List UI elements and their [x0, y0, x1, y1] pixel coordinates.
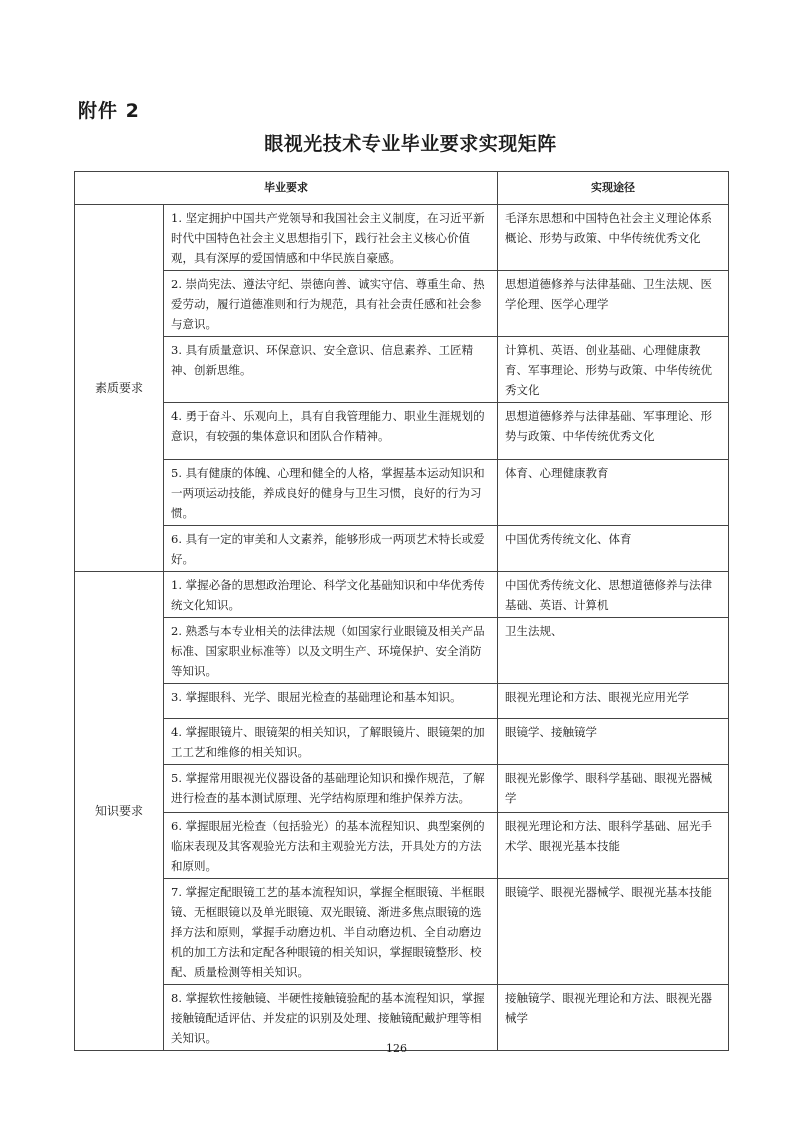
pathway-cell: 体育、心理健康教育: [498, 460, 729, 526]
category-quality: 素质要求: [75, 205, 164, 572]
table-row: 素质要求 1. 坚定拥护中国共产党领导和我国社会主义制度，在习近平新时代中国特色…: [75, 205, 729, 271]
pathway-cell: 计算机、英语、创业基础、心理健康教育、军事理论、形势与政策、中华传统优秀文化: [498, 337, 729, 403]
requirement-cell: 6. 掌握眼屈光检查（包括验光）的基本流程知识、典型案例的临床表现及其客观验光方…: [164, 813, 498, 879]
page-number: 126: [0, 1042, 793, 1055]
table-row: 知识要求 1. 掌握必备的思想政治理论、科学文化基础知识和中华优秀传统文化知识。…: [75, 572, 729, 618]
header-requirement: 毕业要求: [75, 172, 498, 205]
requirement-cell: 5. 掌握常用眼视光仪器设备的基础理论知识和操作规范，了解进行检查的基本测试原理…: [164, 765, 498, 813]
table-row: 5. 掌握常用眼视光仪器设备的基础理论知识和操作规范，了解进行检查的基本测试原理…: [75, 765, 729, 813]
pathway-cell: 眼镜学、眼视光器械学、眼视光基本技能: [498, 879, 729, 985]
annex-label: 附件 2: [78, 96, 140, 123]
pathway-cell: 眼镜学、接触镜学: [498, 719, 729, 765]
header-pathway: 实现途径: [498, 172, 729, 205]
pathway-cell: 中国优秀传统文化、体育: [498, 526, 729, 572]
requirement-cell: 4. 掌握眼镜片、眼镜架的相关知识，了解眼镜片、眼镜架的加工工艺和维修的相关知识…: [164, 719, 498, 765]
pathway-cell: 中国优秀传统文化、思想道德修养与法律基础、英语、计算机: [498, 572, 729, 618]
document-title: 眼视光技术专业毕业要求实现矩阵: [0, 129, 793, 156]
table-row: 8. 掌握软性接触镜、半硬性接触镜验配的基本流程知识，掌握接触镜配适评估、并发症…: [75, 985, 729, 1051]
pathway-cell: 接触镜学、眼视光理论和方法、眼视光器械学: [498, 985, 729, 1051]
table-row: 6. 掌握眼屈光检查（包括验光）的基本流程知识、典型案例的临床表现及其客观验光方…: [75, 813, 729, 879]
table-row: 2. 熟悉与本专业相关的法律法规（如国家行业眼镜及相关产品标准、国家职业标准等）…: [75, 618, 729, 684]
graduation-requirements-matrix: 毕业要求 实现途径 素质要求 1. 坚定拥护中国共产党领导和我国社会主义制度，在…: [74, 171, 729, 1051]
requirement-cell: 3. 具有质量意识、环保意识、安全意识、信息素养、工匠精神、创新思维。: [164, 337, 498, 403]
pathway-cell: 毛泽东思想和中国特色社会主义理论体系概论、形势与政策、中华传统优秀文化: [498, 205, 729, 271]
pathway-cell: 眼视光理论和方法、眼科学基础、屈光手术学、眼视光基本技能: [498, 813, 729, 879]
table-row: 3. 具有质量意识、环保意识、安全意识、信息素养、工匠精神、创新思维。 计算机、…: [75, 337, 729, 403]
requirement-cell: 2. 崇尚宪法、遵法守纪、崇德向善、诚实守信、尊重生命、热爱劳动，履行道德准则和…: [164, 271, 498, 337]
table-row: 6. 具有一定的审美和人文素养，能够形成一两项艺术特长或爱好。 中国优秀传统文化…: [75, 526, 729, 572]
requirement-cell: 1. 掌握必备的思想政治理论、科学文化基础知识和中华优秀传统文化知识。: [164, 572, 498, 618]
pathway-cell: 眼视光影像学、眼科学基础、眼视光器械学: [498, 765, 729, 813]
table-header-row: 毕业要求 实现途径: [75, 172, 729, 205]
pathway-cell: 思想道德修养与法律基础、卫生法规、医学伦理、医学心理学: [498, 271, 729, 337]
table-row: 5. 具有健康的体魄、心理和健全的人格，掌握基本运动知识和一两项运动技能，养成良…: [75, 460, 729, 526]
category-knowledge: 知识要求: [75, 572, 164, 1051]
pathway-cell: 思想道德修养与法律基础、军事理论、形势与政策、中华传统优秀文化: [498, 403, 729, 460]
table-row: 3. 掌握眼科、光学、眼屈光检查的基础理论和基本知识。 眼视光理论和方法、眼视光…: [75, 684, 729, 719]
table-row: 2. 崇尚宪法、遵法守纪、崇德向善、诚实守信、尊重生命、热爱劳动，履行道德准则和…: [75, 271, 729, 337]
requirement-cell: 6. 具有一定的审美和人文素养，能够形成一两项艺术特长或爱好。: [164, 526, 498, 572]
table-row: 4. 掌握眼镜片、眼镜架的相关知识，了解眼镜片、眼镜架的加工工艺和维修的相关知识…: [75, 719, 729, 765]
pathway-cell: 眼视光理论和方法、眼视光应用光学: [498, 684, 729, 719]
table-row: 7. 掌握定配眼镜工艺的基本流程知识，掌握全框眼镜、半框眼镜、无框眼镜以及单光眼…: [75, 879, 729, 985]
requirement-cell: 5. 具有健康的体魄、心理和健全的人格，掌握基本运动知识和一两项运动技能，养成良…: [164, 460, 498, 526]
requirement-cell: 2. 熟悉与本专业相关的法律法规（如国家行业眼镜及相关产品标准、国家职业标准等）…: [164, 618, 498, 684]
requirement-cell: 3. 掌握眼科、光学、眼屈光检查的基础理论和基本知识。: [164, 684, 498, 719]
requirement-cell: 1. 坚定拥护中国共产党领导和我国社会主义制度，在习近平新时代中国特色社会主义思…: [164, 205, 498, 271]
table-row: 4. 勇于奋斗、乐观向上，具有自我管理能力、职业生涯规划的意识，有较强的集体意识…: [75, 403, 729, 460]
requirement-cell: 8. 掌握软性接触镜、半硬性接触镜验配的基本流程知识，掌握接触镜配适评估、并发症…: [164, 985, 498, 1051]
pathway-cell: 卫生法规、: [498, 618, 729, 684]
requirement-cell: 4. 勇于奋斗、乐观向上，具有自我管理能力、职业生涯规划的意识，有较强的集体意识…: [164, 403, 498, 460]
requirement-cell: 7. 掌握定配眼镜工艺的基本流程知识，掌握全框眼镜、半框眼镜、无框眼镜以及单光眼…: [164, 879, 498, 985]
